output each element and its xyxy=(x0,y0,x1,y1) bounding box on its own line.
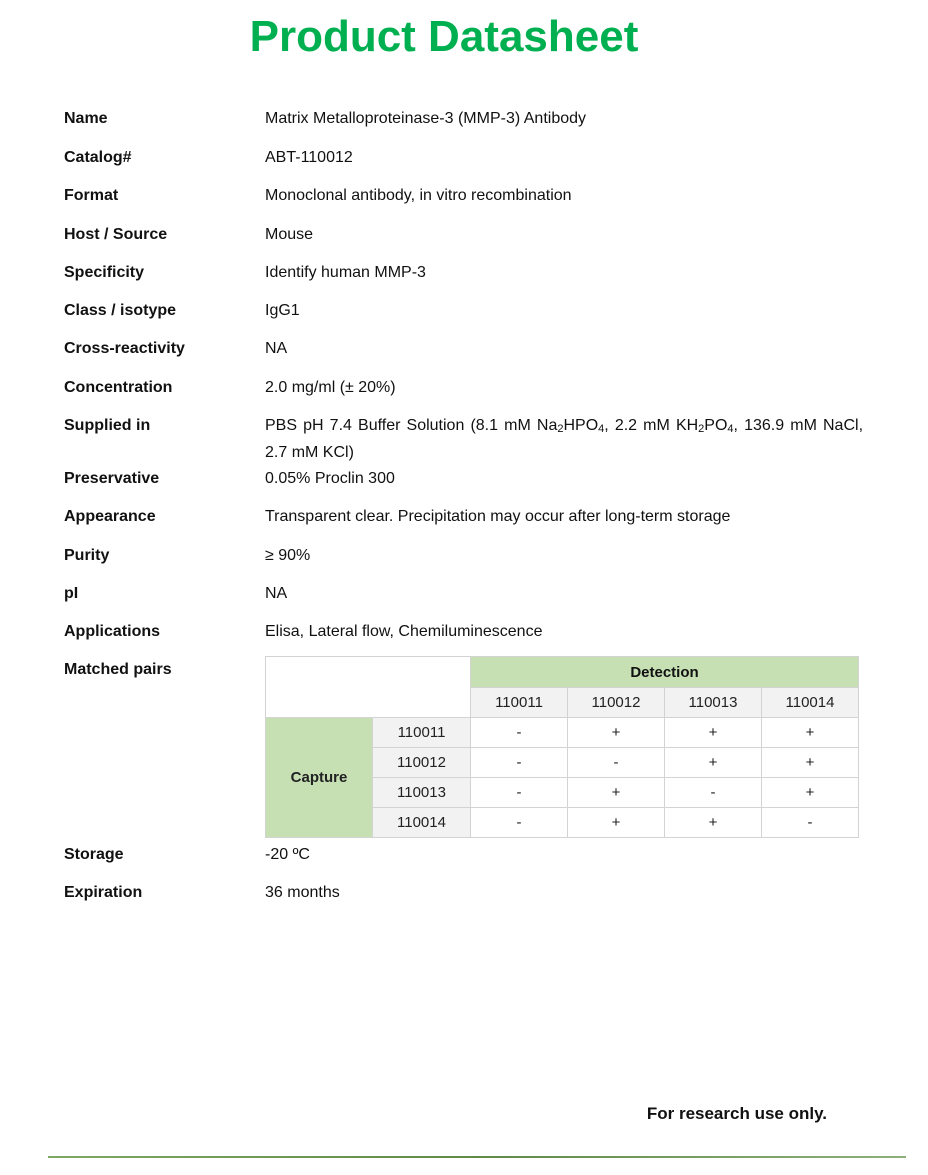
field-label: Expiration xyxy=(64,879,254,906)
field-value: 2.0 mg/ml (± 20%) xyxy=(265,374,863,401)
field-value: 36 months xyxy=(265,879,863,906)
field-value: Identify human MMP-3 xyxy=(265,259,863,286)
field-label: Preservative xyxy=(64,465,254,492)
field-value: ≥ 90% xyxy=(265,542,863,569)
pair-result: + xyxy=(762,748,859,778)
pair-result: + xyxy=(665,808,762,838)
detection-header: Detection xyxy=(471,657,859,688)
detection-id: 110012 xyxy=(568,688,665,718)
pair-result: - xyxy=(471,808,568,838)
pair-result: - xyxy=(568,748,665,778)
pair-result: + xyxy=(665,718,762,748)
field-value: -20 ºC xyxy=(265,841,863,868)
research-use-note: For research use only. xyxy=(647,1104,827,1124)
matched-pairs-table: Detection 110011 110012 110013 110014 Ca… xyxy=(265,656,859,838)
pair-result: + xyxy=(762,778,859,808)
pair-result: - xyxy=(762,808,859,838)
field-label: pI xyxy=(64,580,254,607)
field-label: Cross-reactivity xyxy=(64,335,254,362)
pair-result: - xyxy=(471,748,568,778)
capture-id: 110014 xyxy=(373,808,471,838)
detection-id: 110011 xyxy=(471,688,568,718)
pair-result: + xyxy=(568,808,665,838)
field-label: Appearance xyxy=(64,503,254,530)
detection-id: 110013 xyxy=(665,688,762,718)
table-row: Capture 110011 - + + + xyxy=(266,718,859,748)
field-label: Host / Source xyxy=(64,221,254,248)
field-value: Monoclonal antibody, in vitro recombinat… xyxy=(265,182,863,209)
field-value: Mouse xyxy=(265,221,863,248)
capture-header: Capture xyxy=(266,718,373,838)
field-label: Specificity xyxy=(64,259,254,286)
field-label: Format xyxy=(64,182,254,209)
pair-result: - xyxy=(471,718,568,748)
pair-result: - xyxy=(471,778,568,808)
capture-id: 110013 xyxy=(373,778,471,808)
field-value: 0.05% Proclin 300 xyxy=(265,465,863,492)
pair-result: + xyxy=(762,718,859,748)
field-value: PBS pH 7.4 Buffer Solution (8.1 mM Na2HP… xyxy=(265,412,863,466)
field-label: Matched pairs xyxy=(64,656,254,683)
field-value: NA xyxy=(265,335,863,362)
pair-result: + xyxy=(568,778,665,808)
field-label: Purity xyxy=(64,542,254,569)
field-label: Supplied in xyxy=(64,412,254,439)
pair-result: + xyxy=(665,748,762,778)
field-value: Matrix Metalloproteinase-3 (MMP-3) Antib… xyxy=(265,105,863,132)
field-label: Class / isotype xyxy=(64,297,254,324)
field-label: Applications xyxy=(64,618,254,645)
field-value: IgG1 xyxy=(265,297,863,324)
pair-result: + xyxy=(568,718,665,748)
field-label: Name xyxy=(64,105,254,132)
field-label: Storage xyxy=(64,841,254,868)
detection-id: 110014 xyxy=(762,688,859,718)
page-title: Product Datasheet xyxy=(0,12,888,62)
capture-id: 110011 xyxy=(373,718,471,748)
footer-divider xyxy=(48,1156,906,1158)
field-value: Transparent clear. Precipitation may occ… xyxy=(265,503,863,530)
field-value: Elisa, Lateral flow, Chemiluminescence xyxy=(265,618,863,645)
field-label: Catalog# xyxy=(64,144,254,171)
capture-id: 110012 xyxy=(373,748,471,778)
field-value: ABT-110012 xyxy=(265,144,863,171)
table-corner xyxy=(266,657,471,718)
pair-result: - xyxy=(665,778,762,808)
field-label: Concentration xyxy=(64,374,254,401)
field-value: NA xyxy=(265,580,863,607)
